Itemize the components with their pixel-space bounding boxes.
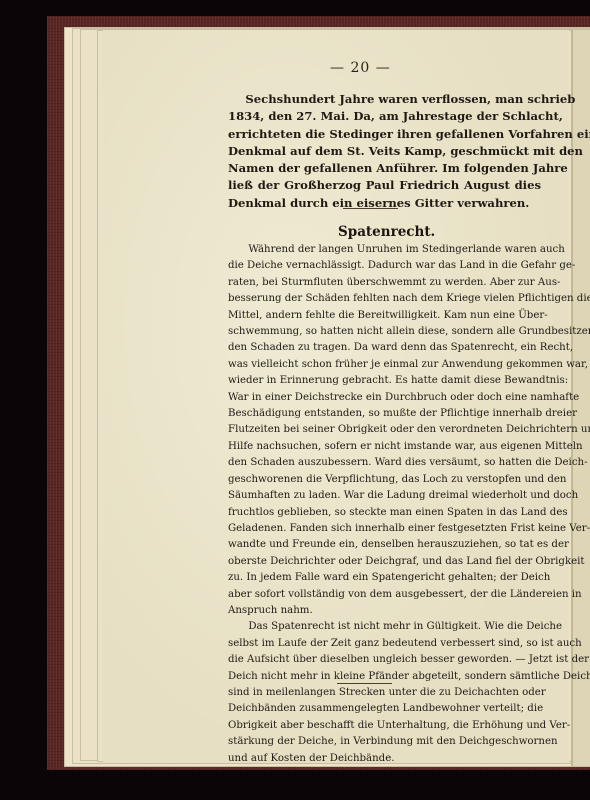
intro-paragraph: Sechshundert Jahre waren verflossen, man… (228, 91, 541, 212)
text-line: fruchtlos geblieben, so steckte man eine… (228, 505, 541, 521)
text-line: die Aufsicht über dieselben ungleich bes… (228, 652, 541, 668)
text-line: den Schaden zu tragen. Da ward denn das … (228, 340, 541, 356)
text-line: wandte und Freunde ein, denselben heraus… (228, 537, 541, 553)
text-line: oberste Deichrichter oder Deichgraf, und… (228, 554, 541, 570)
section-heading: Spatenrecht. (338, 224, 435, 240)
text-line: selbst im Laufe der Zeit ganz bedeutend … (228, 636, 541, 652)
text-line: Denkmal auf dem St. Veits Kamp, geschmüc… (228, 143, 541, 160)
text-line: 1834, den 27. Mai. Da, am Jahrestage der… (228, 108, 541, 125)
text-line: ließ der Großherzog Paul Friedrich Augus… (228, 177, 541, 194)
text-line: Beschädigung entstanden, so mußte der Pf… (228, 406, 541, 422)
text-line: War in einer Deichstrecke ein Durchbruch… (228, 390, 541, 406)
text-line: Anspruch nahm. (228, 603, 541, 619)
text-line: wieder in Erinnerung gebracht. Es hatte … (228, 373, 541, 389)
text-line: und auf Kosten der Deichbände. (228, 751, 541, 767)
section-body: Während der langen Unruhen im Stedingerl… (228, 242, 541, 767)
text-line: raten, bei Sturmfluten überschwemmt zu w… (228, 275, 541, 291)
text-line: Hilfe nachsuchen, sofern er nicht imstan… (228, 439, 541, 455)
text-line: Namen der gefallenen Anführer. Im folgen… (228, 160, 541, 177)
text-line: geschworenen die Verpflichtung, das Loch… (228, 472, 541, 488)
text-line: Obrigkeit aber beschafft die Unterhaltun… (228, 718, 541, 734)
text-line: errichteten die Stedinger ihren gefallen… (228, 126, 541, 143)
text-line: den Schaden auszubessern. Ward dies vers… (228, 455, 541, 471)
text-line: aber sofort vollständig von dem ausgebes… (228, 587, 541, 603)
section-divider (343, 208, 398, 209)
text-line: stärkung der Deiche, in Verbindung mit d… (228, 734, 541, 750)
text-line: die Deiche vernachlässigt. Dadurch war d… (228, 258, 541, 274)
text-line: Denkmal durch ein eisernes Gitter verwah… (228, 195, 541, 212)
text-line: schwemmung, so hatten nicht allein diese… (228, 324, 541, 340)
end-divider (337, 683, 392, 684)
text-line: was vielleicht schon früher je einmal zu… (228, 357, 541, 373)
text-line: zu. In jedem Falle ward ein Spatengerich… (228, 570, 541, 586)
text-line: Geladenen. Fanden sich innerhalb einer f… (228, 521, 541, 537)
text-line: besserung der Schäden fehlten nach dem K… (228, 291, 541, 307)
text-line: sind in meilenlangen Strecken unter die … (228, 685, 541, 701)
page-number: — 20 — (330, 60, 391, 76)
text-line: Sechshundert Jahre waren verflossen, man… (228, 91, 541, 108)
text-line: Flutzeiten bei seiner Obrigkeit oder den… (228, 422, 541, 438)
text-line: Das Spatenrecht ist nicht mehr in Gültig… (228, 619, 541, 635)
text-line: Deichbänden zusammengelegten Landbewohne… (228, 701, 541, 717)
text-line: Mittel, andern fehlte die Bereitwilligke… (228, 308, 541, 324)
text-line: Säumhaften zu laden. War die Ladung drei… (228, 488, 541, 504)
text-line: Während der langen Unruhen im Stedingerl… (228, 242, 541, 258)
